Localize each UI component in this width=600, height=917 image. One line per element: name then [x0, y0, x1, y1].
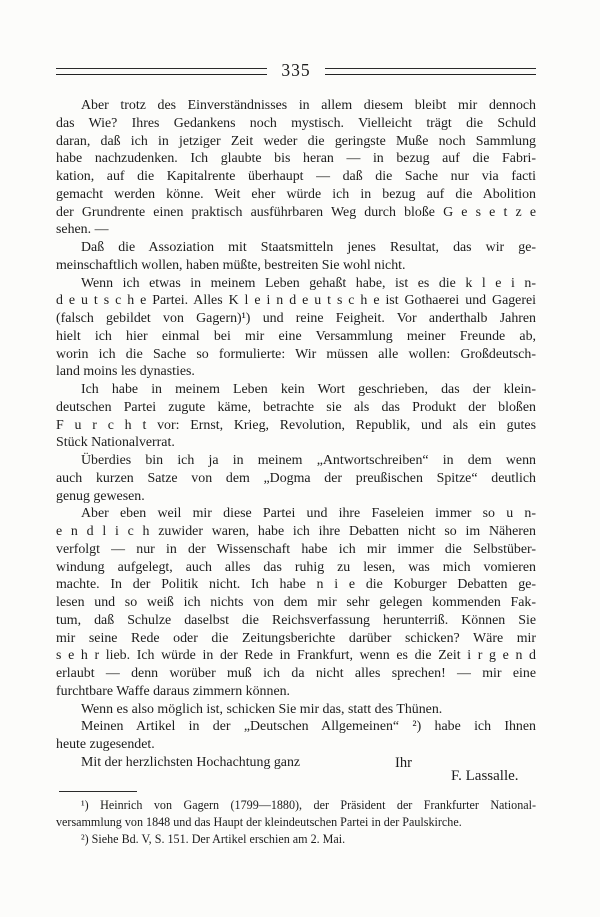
header-rule-left — [56, 68, 267, 75]
text-line: heute zugesendet. — [56, 736, 536, 754]
text-line: versammlung von 1848 und das Haupt der k… — [56, 814, 536, 831]
text-line: Aber eben weil mir diese Partei und ihre… — [56, 505, 536, 523]
text-line: d e u t s c h e Partei. Alles K l e i n … — [56, 292, 536, 310]
letter-body: Aber trotz des Einverständnisses in alle… — [56, 97, 536, 772]
footnote-separator — [59, 791, 137, 792]
page-header: 335 — [56, 63, 536, 81]
text-line: land moins les dynasties. — [56, 363, 536, 381]
text-line: Daß die Assoziation mit Staatsmitteln je… — [56, 239, 536, 257]
text-line: Überdies bin ich ja in meinem „Antwortsc… — [56, 452, 536, 470]
text-line: Meinen Artikel in der „Deutschen Allgeme… — [56, 718, 536, 736]
text-line: meinschaftlich wollen, haben müßte, best… — [56, 257, 536, 275]
text-line: habe nachzudenken. Ich glaubte bis heran… — [56, 150, 536, 168]
text-line: sehen. — — [56, 221, 536, 239]
text-line: Stück Nationalverrat. — [56, 434, 536, 452]
signature-ihr: Ihr — [395, 755, 412, 772]
text-line: Ich habe in meinem Leben kein Wort gesch… — [56, 381, 536, 399]
text-line: auch kurzen Satze von dem „Dogma der pre… — [56, 470, 536, 488]
text-line: erlaubt — denn worüber muß ich da nicht … — [56, 665, 536, 683]
text-line: Aber trotz des Einverständnisses in alle… — [56, 97, 536, 115]
text-line: daran, daß ich in jetziger Zeit weder di… — [56, 133, 536, 151]
text-line: kation, auf die Kapitalrente überhaupt —… — [56, 168, 536, 186]
text-line: gemacht werden könne. Weit eher würde ic… — [56, 186, 536, 204]
signature-name: F. Lassalle. — [451, 768, 519, 785]
book-page: 335 Aber trotz des Einverständnisses in … — [0, 0, 600, 917]
text-line: F u r c h t vor: Ernst, Krieg, Revolutio… — [56, 417, 536, 435]
text-line: das Wie? Ihres Gedankens noch mystisch. … — [56, 115, 536, 133]
text-line: machte. In der Politik nicht. Ich habe n… — [56, 576, 536, 594]
text-line: worin ich die Sache so formulierte: Wir … — [56, 346, 536, 364]
text-line: verfolgt — nur in der Wissenschaft habe … — [56, 541, 536, 559]
text-line: Wenn es also möglich ist, schicken Sie m… — [56, 701, 536, 719]
text-line: ²) Siehe Bd. V, S. 151. Der Artikel ersc… — [56, 831, 536, 848]
text-line: e n d l i c h zuwider waren, habe ich ih… — [56, 523, 536, 541]
text-line: ¹) Heinrich von Gagern (1799—1880), der … — [56, 797, 536, 814]
text-line: tum, daß Schulze daselbst die Reichsverf… — [56, 612, 536, 630]
text-line: genug gewesen. — [56, 488, 536, 506]
text-line: hielt ich hier einmal bei mir eine Versa… — [56, 328, 536, 346]
text-line: der Grundrente einen praktisch ausführba… — [56, 204, 536, 222]
text-line: lesen und so weiß ich nichts von dem mir… — [56, 594, 536, 612]
text-line: mir seine Rede oder die Zeitungsberichte… — [56, 630, 536, 648]
text-line: deutschen Partei zugute käme, betrachte … — [56, 399, 536, 417]
text-line: furchtbare Waffe daraus zimmern können. — [56, 683, 536, 701]
footnotes: ¹) Heinrich von Gagern (1799—1880), der … — [56, 797, 536, 848]
text-line: windung aufgelegt, auch alles das ruhig … — [56, 559, 536, 577]
text-line: (falsch gebildet von Gagern)¹) und reine… — [56, 310, 536, 328]
text-line: Wenn ich etwas in meinem Leben gehaßt ha… — [56, 275, 536, 293]
text-line: s e h r lieb. Ich würde in der Rede in F… — [56, 647, 536, 665]
header-rule-right — [325, 68, 536, 75]
page-number: 335 — [267, 62, 324, 80]
